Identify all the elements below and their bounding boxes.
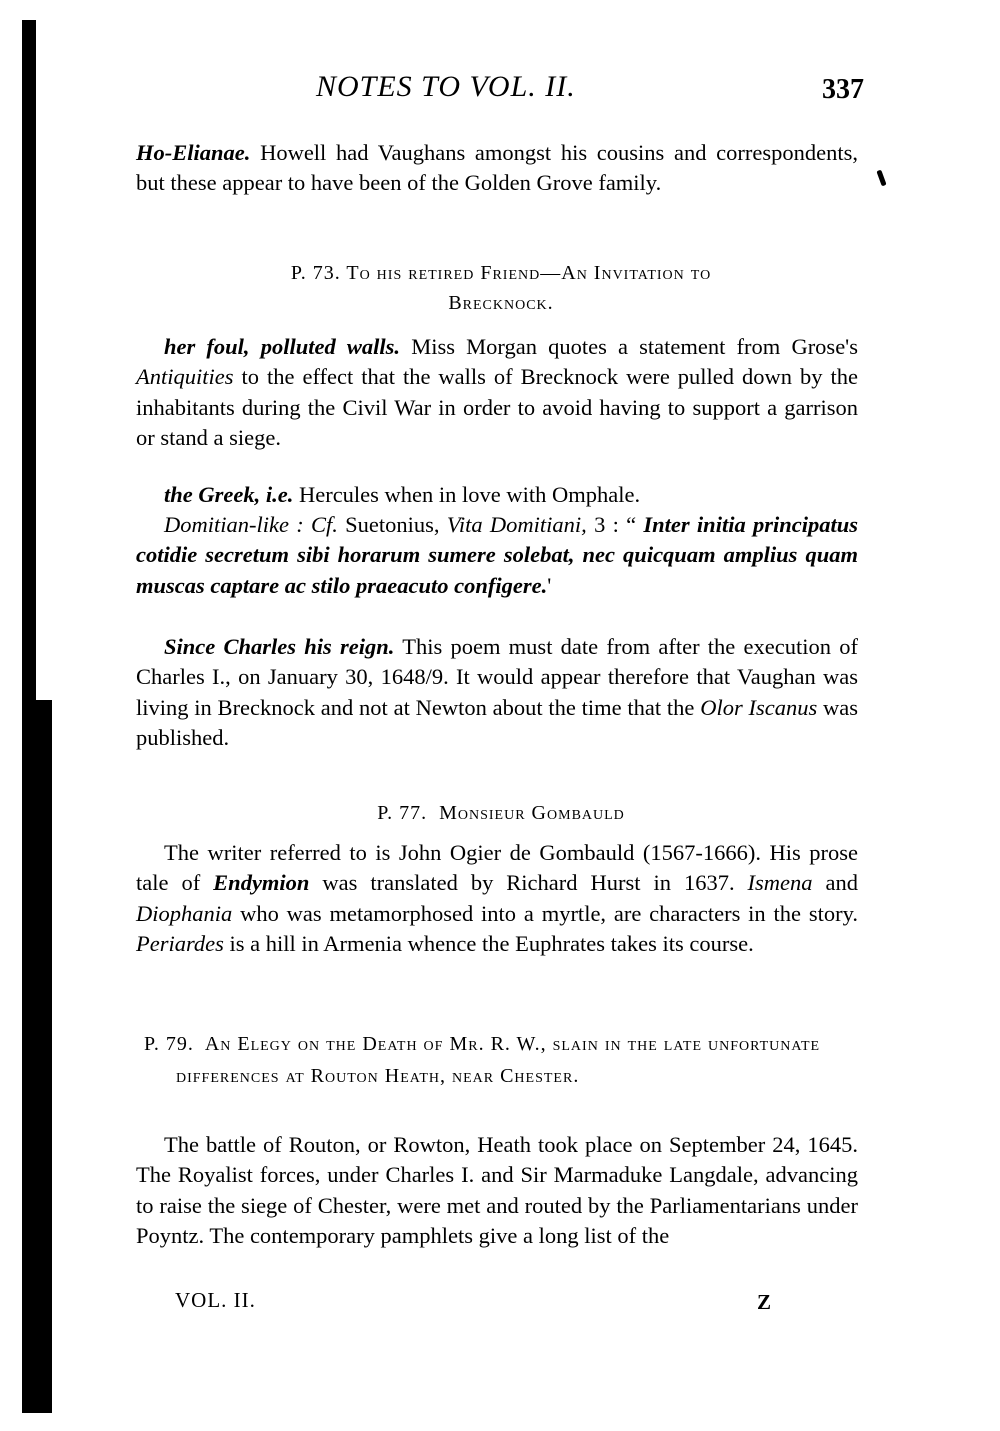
- paragraph-foul-walls: her foul, polluted walls. Miss Morgan qu…: [136, 332, 858, 454]
- section-heading-p73: P. 73. To his retired Friend—An Invitati…: [136, 258, 866, 318]
- book-title: Antiquities: [136, 364, 234, 389]
- signature-mark-letter: Z: [757, 1290, 771, 1315]
- running-title: NOTES TO VOL. II.: [316, 70, 576, 104]
- scan-artifact-mark: [876, 170, 886, 187]
- heading-title: To his retired Friend—An Invitation to: [346, 262, 711, 284]
- lemma: her foul, polluted walls.: [164, 334, 400, 359]
- lemma: the Greek, i.e.: [164, 482, 293, 507]
- heading-title-line2: Brecknock.: [136, 288, 866, 318]
- page-number: 337: [822, 74, 864, 106]
- book-title: Olor Iscanus: [700, 695, 817, 720]
- book-title: Vita Domitiani,: [447, 512, 587, 537]
- book-title: Endymion: [213, 870, 309, 895]
- scan-binding-edge-lower: [26, 700, 52, 1413]
- section-heading-p77: P. 77. Monsieur Gombauld: [136, 798, 866, 828]
- heading-page-ref: P. 73.: [291, 262, 341, 284]
- place-name: Periardes: [136, 931, 224, 956]
- lemma: Domitian-like : Cf.: [164, 512, 338, 537]
- heading-page-ref: P. 79.: [144, 1033, 194, 1055]
- heading-title: An Elegy on the Death of Mr. R. W., slai…: [176, 1033, 820, 1087]
- paragraph-routon-heath: The battle of Routon, or Rowton, Heath t…: [136, 1130, 858, 1252]
- heading-title: Monsieur Gombauld: [439, 802, 625, 824]
- paragraph-ho-elianae: Ho-Elianae. Howell had Vaughans amongst …: [136, 138, 858, 199]
- section-heading-p79: P. 79. An Elegy on the Death of Mr. R. W…: [144, 1028, 898, 1092]
- paragraph-since-charles: Since Charles his reign. This poem must …: [136, 632, 858, 754]
- lemma: Ho-Elianae.: [136, 140, 250, 165]
- running-head: NOTES TO VOL. II. 337: [136, 70, 866, 110]
- signature-mark-volume: VOL. II.: [175, 1288, 256, 1313]
- paragraph-domitian-like: Domitian-like : Cf. Suetonius, Vita Domi…: [136, 510, 858, 601]
- lemma: Since Charles his reign.: [164, 634, 394, 659]
- character-name: Diophania: [136, 901, 232, 926]
- paragraph-gombauld: The writer referred to is John Ogier de …: [136, 838, 858, 960]
- character-name: Ismena: [748, 870, 813, 895]
- heading-page-ref: P. 77.: [377, 802, 427, 824]
- paragraph-the-greek: the Greek, i.e. Hercules when in love wi…: [136, 480, 858, 510]
